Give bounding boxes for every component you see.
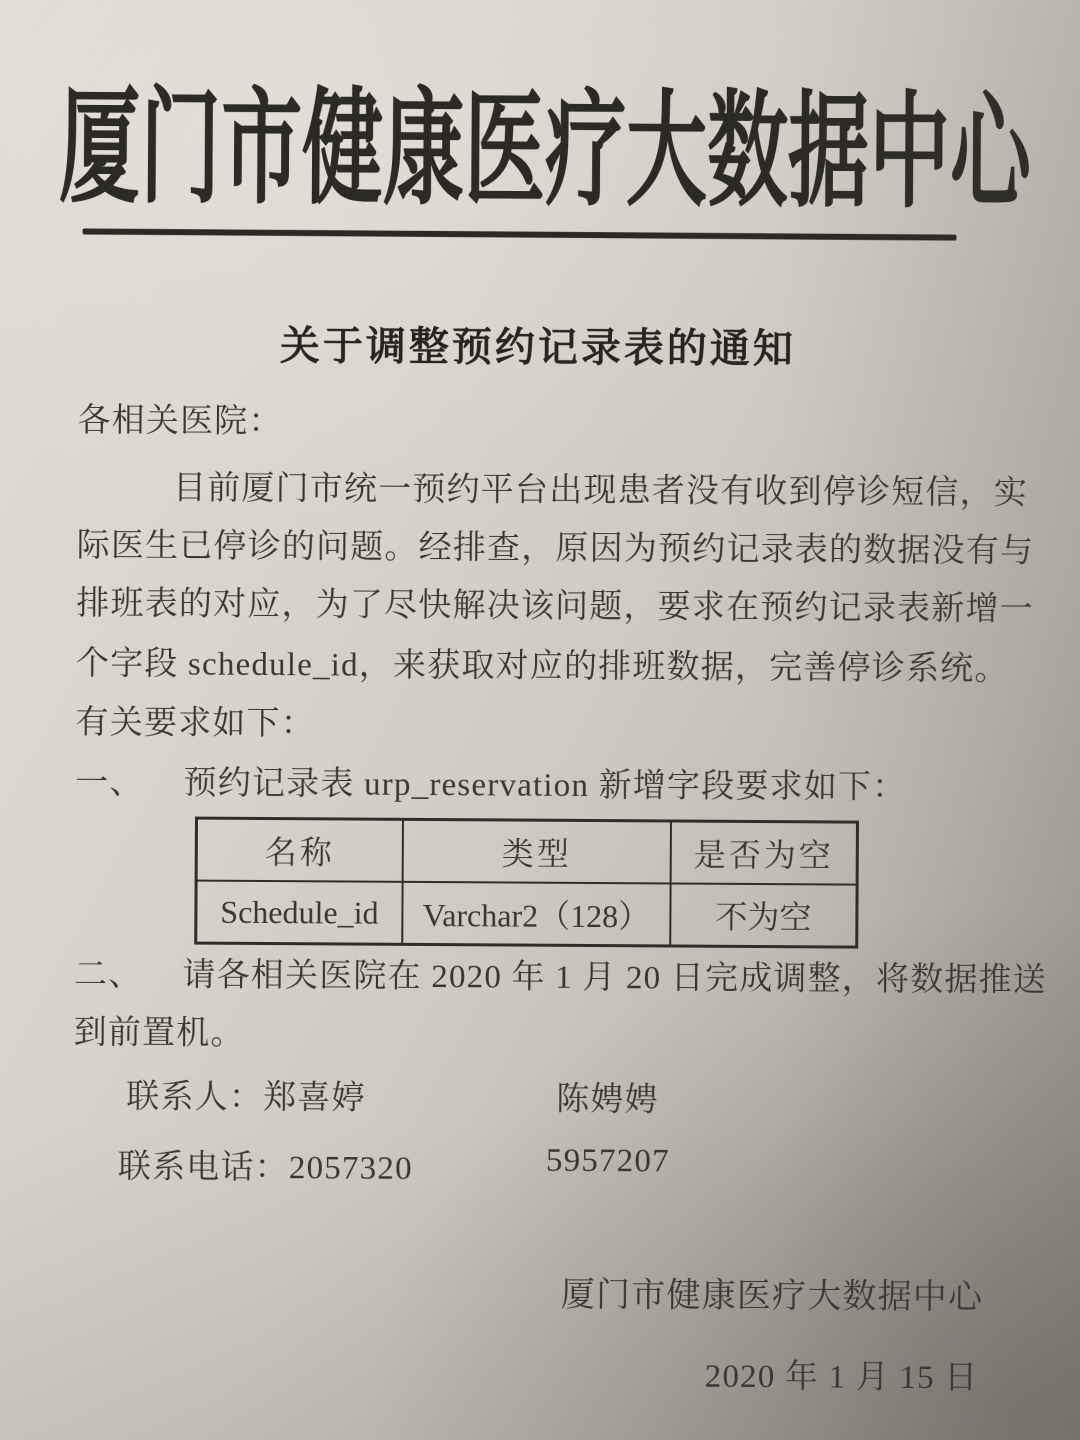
contact-phone-row: 联系电话：2057320 bbox=[118, 1140, 413, 1189]
paragraph-line: 际医生已停诊的问题。经排查，原因为预约记录表的数据没有与 bbox=[77, 519, 1035, 572]
contact-person-label: 联系人： bbox=[126, 1079, 263, 1116]
paragraph-line: 个字段 schedule_id，来获取对应的排班数据，完善停诊系统。 bbox=[76, 637, 1009, 690]
salutation: 各相关医院： bbox=[77, 394, 282, 442]
paragraph-line: 有关要求如下： bbox=[75, 696, 315, 744]
list-item-1-text: 预约记录表 urp_reservation 新增字段要求如下： bbox=[184, 765, 907, 805]
list-item-1-marker: 一、 bbox=[75, 765, 144, 801]
contact-person-row: 联系人：郑喜婷 bbox=[126, 1070, 366, 1118]
contact-phone-1: 2057320 bbox=[289, 1150, 413, 1187]
signoff-org-name: 厦门市健康医疗大数据中心 bbox=[552, 1267, 992, 1319]
signoff-date: 2020 年 1 月 15 日 bbox=[691, 1350, 991, 1399]
document-photo: 厦门市健康医疗大数据中心 关于调整预约记录表的通知 各相关医院： 目前厦门市统一… bbox=[0, 0, 1080, 1440]
table-header-type: 类型 bbox=[403, 819, 671, 883]
field-table: 名称 类型 是否为空 Schedule_id Varchar2（128） 不为空 bbox=[194, 817, 859, 949]
contact-phone-label: 联系电话： bbox=[118, 1149, 289, 1186]
list-item-2-text: 请各相关医院在 2020 年 1 月 20 日完成调整，将数据推送 bbox=[182, 957, 1047, 998]
contact-person-1: 郑喜婷 bbox=[263, 1080, 366, 1117]
list-item-2-marker: 二、 bbox=[74, 957, 143, 993]
list-item-1: 一、预约记录表 urp_reservation 新增字段要求如下： bbox=[75, 756, 906, 808]
table-header-name: 名称 bbox=[196, 818, 403, 882]
contact-person-2: 陈娉娉 bbox=[556, 1073, 659, 1121]
table-cell-type: Varchar2（128） bbox=[402, 882, 670, 946]
table-cell-nullable: 不为空 bbox=[670, 883, 857, 947]
paragraph-line: 目前厦门市统一预约平台出现患者没有收到停诊短信，实 bbox=[77, 461, 1028, 514]
contact-phone-2: 5957207 bbox=[546, 1143, 670, 1181]
letterhead-org-name: 厦门市健康医疗大数据中心 bbox=[59, 48, 1020, 234]
table-cell-name: Schedule_id bbox=[196, 881, 403, 945]
list-item-2-line-2: 到前置机。 bbox=[74, 1006, 245, 1054]
paragraph-line: 排班表的对应，为了尽快解决该问题，要求在预约记录表新增一 bbox=[76, 577, 1034, 630]
table-header-row: 名称 类型 是否为空 bbox=[196, 818, 857, 885]
list-item-2-line-1: 二、请各相关医院在 2020 年 1 月 20 日完成调整，将数据推送 bbox=[74, 948, 1047, 1001]
notice-page: 厦门市健康医疗大数据中心 关于调整预约记录表的通知 各相关医院： 目前厦门市统一… bbox=[0, 0, 1080, 1440]
notice-title: 关于调整预约记录表的通知 bbox=[0, 312, 1078, 376]
table-header-nullable: 是否为空 bbox=[671, 821, 858, 885]
table-row: Schedule_id Varchar2（128） 不为空 bbox=[196, 881, 857, 948]
